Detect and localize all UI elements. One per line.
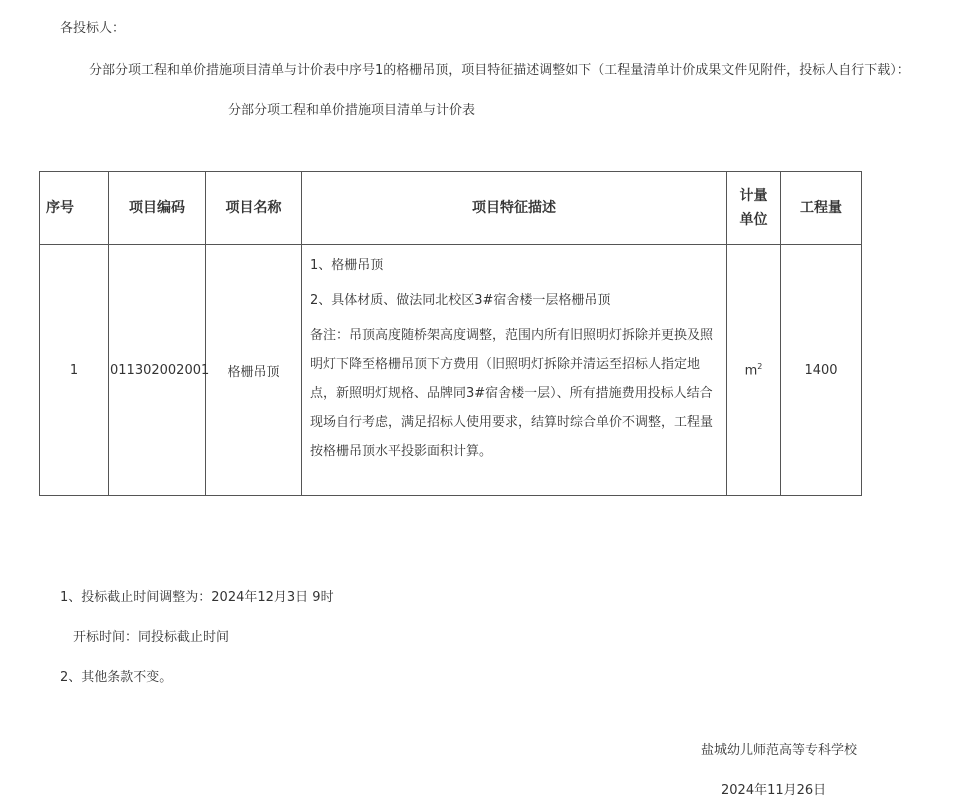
cell-seq: 1	[40, 245, 109, 496]
bill-of-quantities-table: 序号 项目编码 项目名称 项目特征描述 计量 单位 工程量 1 01130200…	[39, 171, 862, 496]
header-qty: 工程量	[781, 172, 862, 245]
cell-name: 格栅吊顶	[206, 245, 302, 496]
note-item-1: 1、投标截止时间调整为：2024年12月3日 9时	[60, 578, 334, 618]
note-item-2: 2、其他条款不变。	[60, 658, 334, 698]
signer: 盐城幼儿师范高等专科学校	[701, 739, 857, 758]
cell-qty: 1400	[781, 245, 862, 496]
header-unit-line1: 计量	[728, 184, 779, 208]
salutation: 各投标人：	[60, 17, 125, 36]
table-header-row: 序号 项目编码 项目名称 项目特征描述 计量 单位 工程量	[40, 172, 862, 245]
header-seq: 序号	[40, 172, 109, 245]
intro-paragraph: 分部分项工程和单价措施项目清单与计价表中序号1的格栅吊顶，项目特征描述调整如下（…	[89, 59, 910, 78]
header-unit-line2: 单位	[728, 208, 779, 232]
header-unit: 计量 单位	[727, 172, 781, 245]
date: 2024年11月26日	[721, 779, 826, 798]
note-item-1-sub: 开标时间：同投标截止时间	[60, 618, 334, 658]
desc-item-2: 2、具体材质、做法同北校区3#宿舍楼一层格栅吊顶	[310, 286, 720, 315]
desc-item-1: 1、格栅吊顶	[310, 251, 720, 280]
notes: 1、投标截止时间调整为：2024年12月3日 9时 开标时间：同投标截止时间 2…	[60, 578, 334, 698]
cell-unit: m2	[727, 245, 781, 496]
header-code: 项目编码	[109, 172, 206, 245]
desc-note: 备注：吊顶高度随桥架高度调整，范围内所有旧照明灯拆除并更换及照明灯下降至格栅吊顶…	[310, 321, 720, 466]
table-title: 分部分项工程和单价措施项目清单与计价表	[228, 99, 475, 118]
table-row: 1 011302002001 格栅吊顶 1、格栅吊顶 2、具体材质、做法同北校区…	[40, 245, 862, 496]
unit-sup: 2	[757, 362, 762, 371]
unit-base: m	[745, 363, 758, 378]
cell-code: 011302002001	[109, 245, 206, 496]
header-name: 项目名称	[206, 172, 302, 245]
cell-desc: 1、格栅吊顶 2、具体材质、做法同北校区3#宿舍楼一层格栅吊顶 备注：吊顶高度随…	[302, 245, 727, 496]
header-desc: 项目特征描述	[302, 172, 727, 245]
